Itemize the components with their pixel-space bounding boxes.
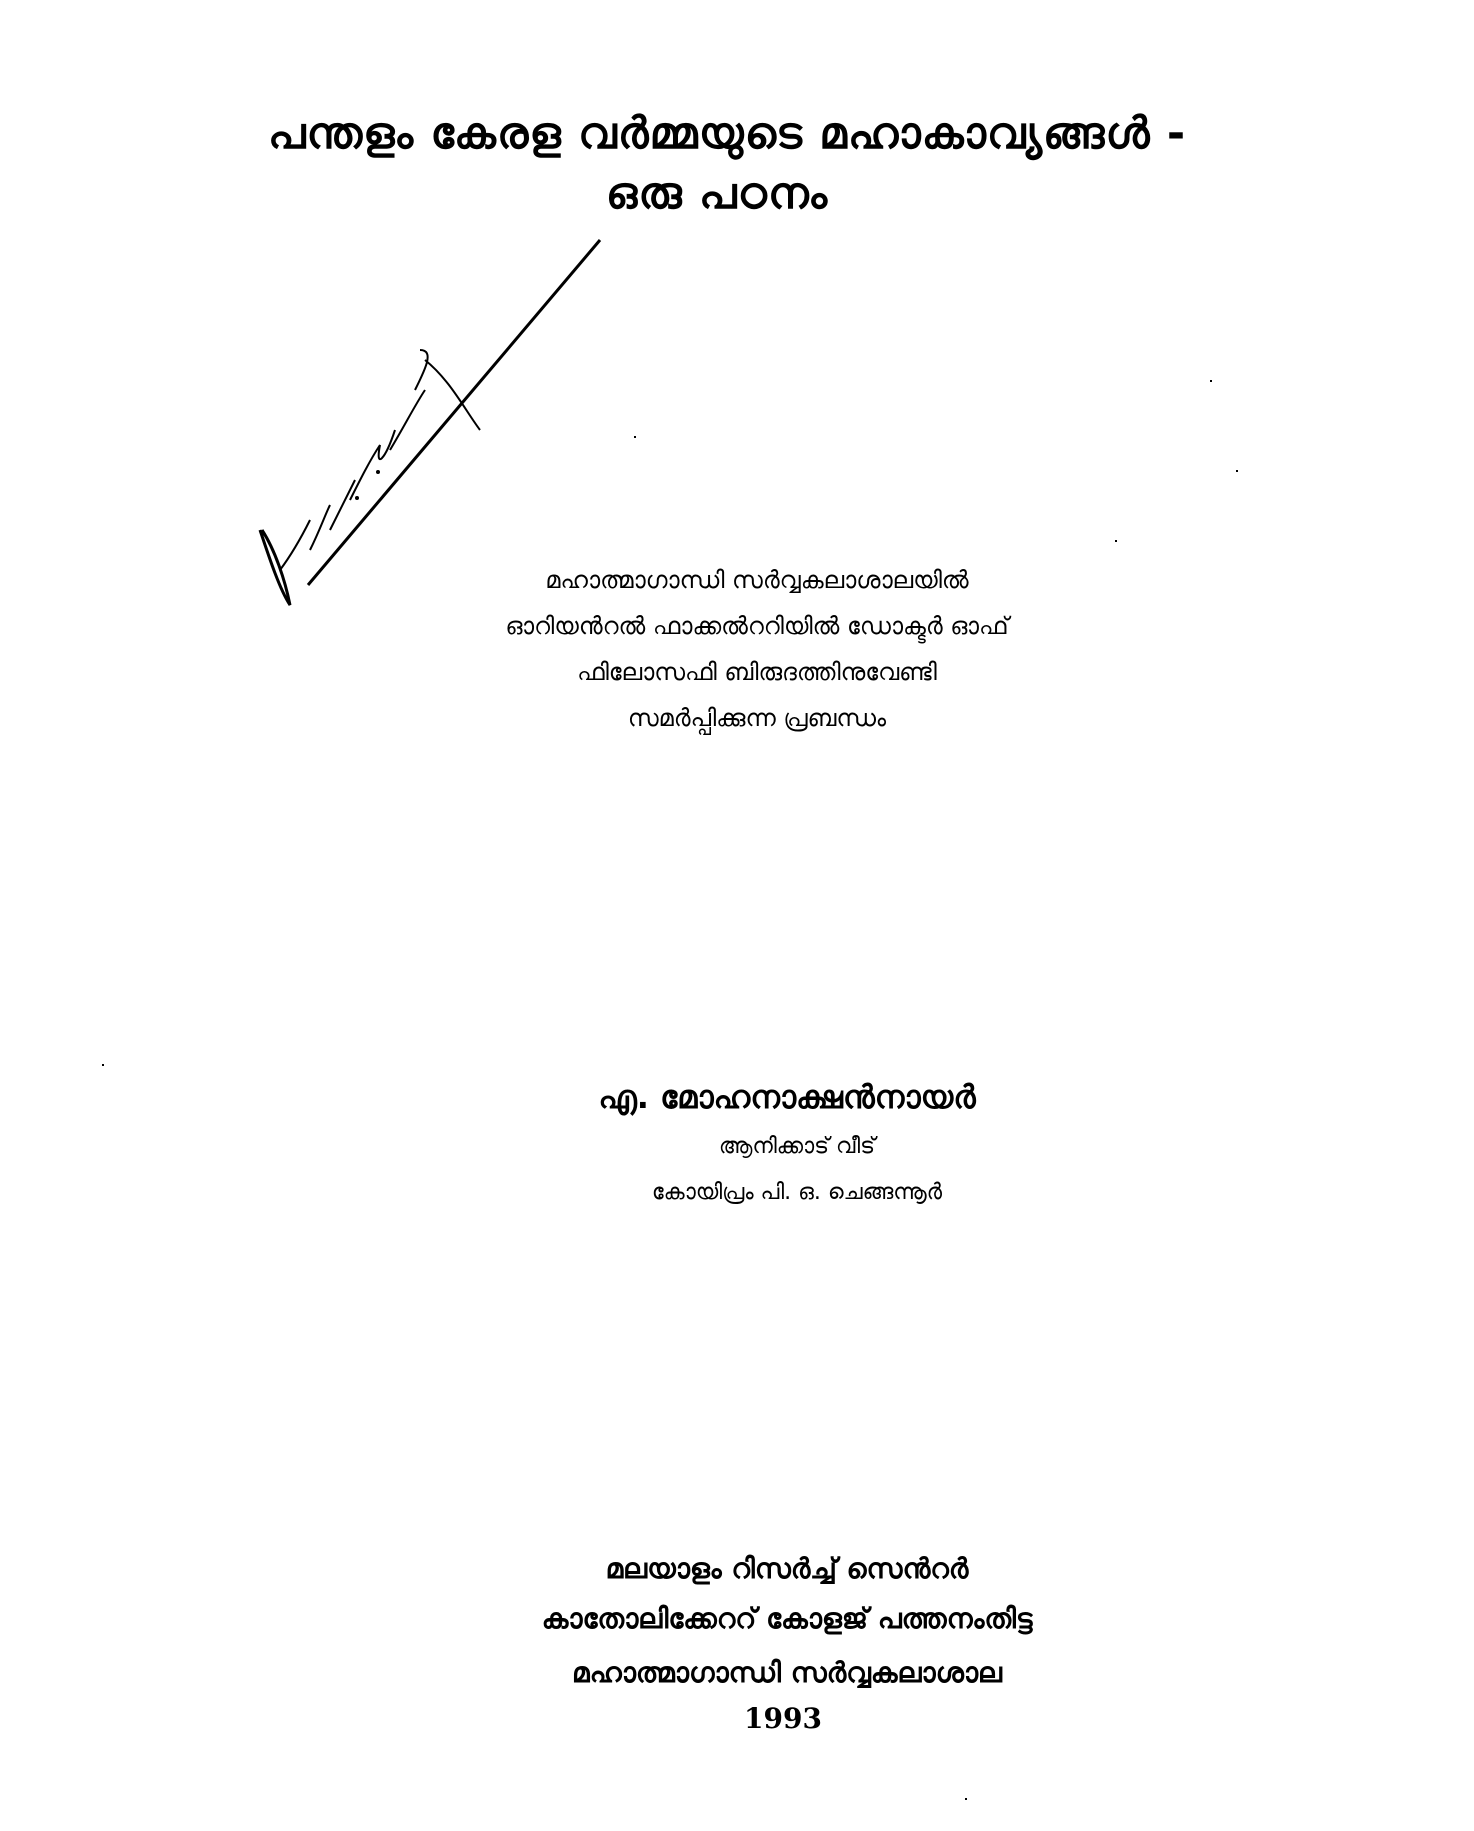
signature-icon	[250, 230, 610, 610]
author-name: എ. മോഹനാക്ഷൻനായർ	[50, 1078, 1474, 1117]
submission-line-2: ഓറിയൻറൽ ഫാക്കൽററിയിൽ ഡോക്ടർ ഓഫ്	[20, 612, 1474, 640]
scan-speck	[1210, 380, 1212, 382]
submission-line-1: മഹാത്മാഗാന്ധി സർവ്വകലാശാലയിൽ	[20, 566, 1474, 594]
title-line-2: ഒരു പഠനം	[0, 168, 1454, 219]
address-line-2: കോയിപ്രം പി. ഒ. ചെങ്ങന്നൂർ	[60, 1180, 1474, 1205]
scan-speck	[1115, 540, 1117, 542]
institution-line-1: മലയാളം റിസർച്ച് സെൻറർ	[50, 1552, 1474, 1586]
institution-line-3: മഹാത്മാഗാന്ധി സർവ്വകലാശാല	[50, 1656, 1474, 1690]
submission-line-3: ഫിലോസഫി ബിരുദത്തിനുവേണ്ടി	[20, 658, 1474, 686]
scan-speck	[634, 436, 636, 438]
thesis-title-page: പന്തളം കേരള വർമ്മയുടെ മഹാകാവ്യങ്ങൾ - ഒരു…	[0, 0, 1474, 1831]
year: 1993	[46, 1702, 1474, 1735]
scan-speck	[965, 1798, 967, 1800]
scan-speck	[1236, 470, 1238, 472]
submission-line-4: സമർപ്പിക്കുന്ന പ്രബന്ധം	[20, 704, 1474, 732]
scan-speck	[102, 1064, 104, 1066]
institution-line-2: കാതോലിക്കേററ് കോളജ് പത്തനംതിട്ട	[50, 1602, 1474, 1636]
address-line-1: ആനിക്കാട് വീട്	[60, 1134, 1474, 1159]
title-line-1: പന്തളം കേരള വർമ്മയുടെ മഹാകാവ്യങ്ങൾ -	[0, 108, 1464, 159]
